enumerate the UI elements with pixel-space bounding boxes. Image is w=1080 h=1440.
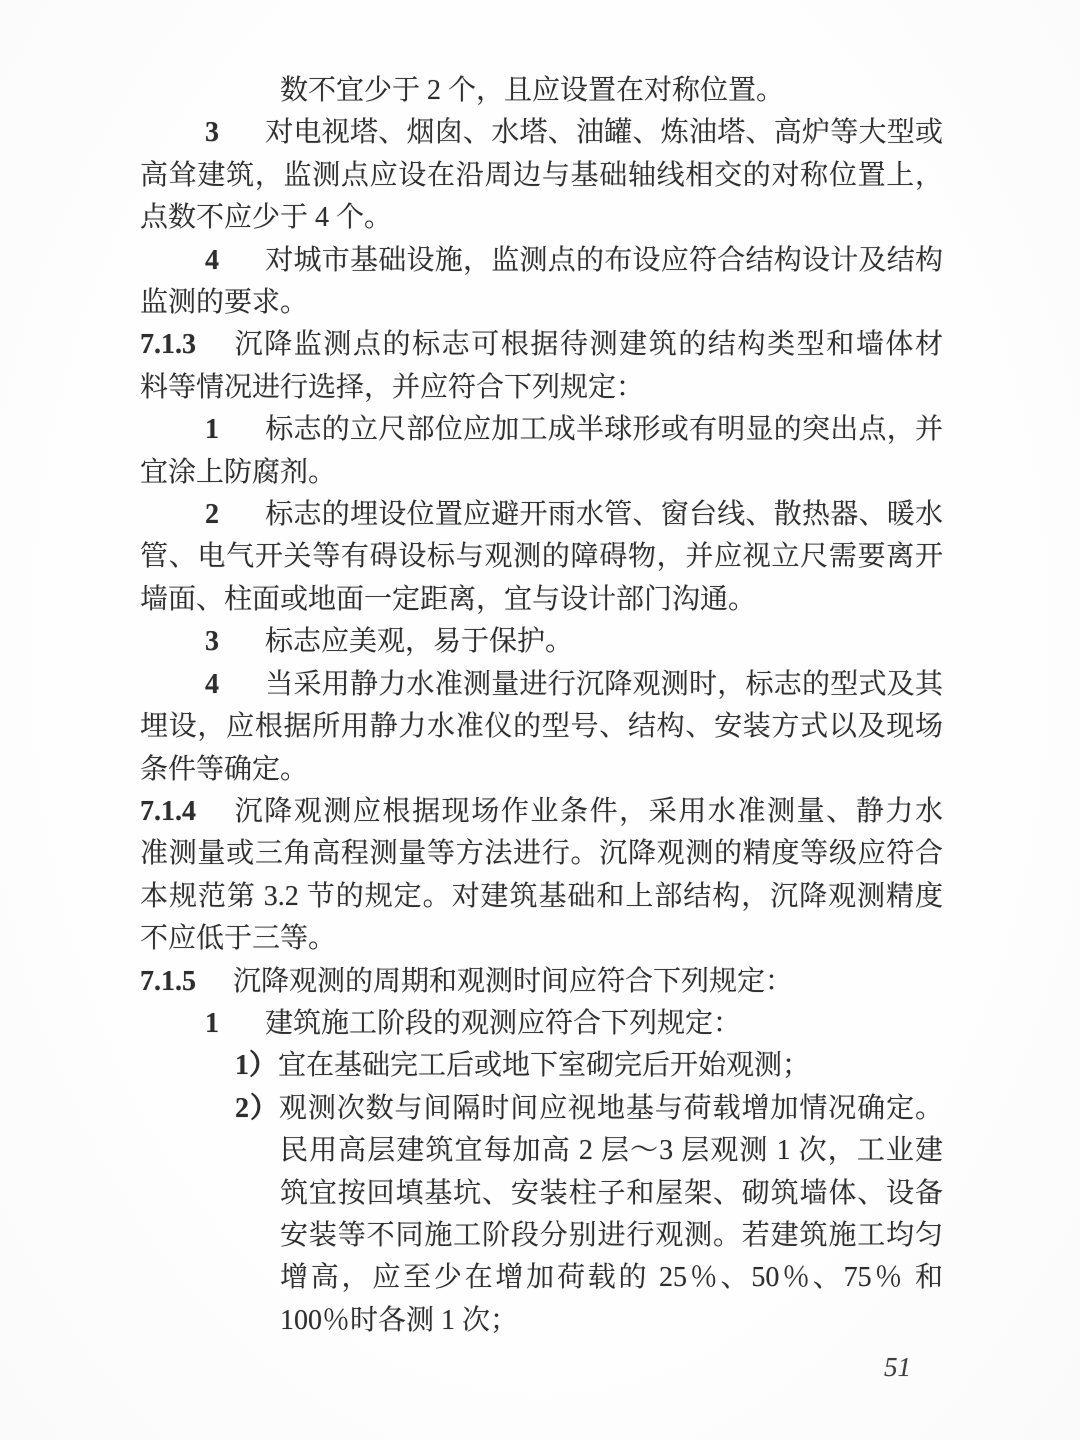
document-page: 数不宜少于 2 个，且应设置在对称位置。3对电视塔、烟囱、水塔、油罐、炼油塔、高… [0, 0, 1080, 1440]
text-line: 料等情况进行选择，并应符合下列规定： [140, 367, 943, 409]
text-line: 3对电视塔、烟囱、水塔、油罐、炼油塔、高炉等大型或 [140, 112, 943, 154]
line-text: 对城市基础设施，监测点的布设应符合结构设计及结构 [265, 245, 943, 276]
line-number-label: 7.1.3 [140, 324, 233, 366]
text-line: 准测量或三角高程测量等方法进行。沉降观测的精度等级应符合 [140, 833, 943, 875]
text-line: 1建筑施工阶段的观测应符合下列规定： [140, 1003, 943, 1045]
line-number-label: 1 [205, 409, 265, 451]
line-text: 数不宜少于 2 个，且应设置在对称位置。 [280, 75, 784, 106]
line-text: 100％时各测 1 次； [280, 1305, 518, 1336]
text-line: 墙面、柱面或地面一定距离，宜与设计部门沟通。 [140, 579, 943, 621]
line-text: 对电视塔、烟囱、水塔、油罐、炼油塔、高炉等大型或 [265, 117, 943, 148]
line-text: 埋设，应根据所用静力水准仪的型号、结构、安装方式以及现场 [140, 711, 943, 742]
text-line: 100％时各测 1 次； [140, 1300, 943, 1342]
line-text: 宜涂上防腐剂。 [140, 457, 336, 488]
line-number-label: 7.1.4 [140, 791, 233, 833]
text-line: 4当采用静力水准测量进行沉降观测时，标志的型式及其 [140, 664, 943, 706]
line-text: 标志应美观，易于保护。 [265, 626, 573, 657]
text-line: 安装等不同施工阶段分别进行观测。若建筑施工均匀 [140, 1215, 943, 1257]
line-text: 准测量或三角高程测量等方法进行。沉降观测的精度等级应符合 [140, 838, 943, 869]
line-text: 观测次数与间隔时间应视地基与荷载增加情况确定。 [278, 1093, 943, 1124]
line-text: 料等情况进行选择，并应符合下列规定： [140, 372, 644, 403]
text-line: 1）宜在基础完工后或地下室砌完后开始观测； [140, 1045, 943, 1087]
text-line: 2标志的埋设位置应避开雨水管、窗台线、散热器、暖水 [140, 494, 943, 536]
line-text: 墙面、柱面或地面一定距离，宜与设计部门沟通。 [140, 584, 756, 615]
text-line: 增高，应至少在增加荷载的 25％、50％、75％ 和 [140, 1257, 943, 1299]
document-text: 数不宜少于 2 个，且应设置在对称位置。3对电视塔、烟囱、水塔、油罐、炼油塔、高… [140, 70, 943, 1342]
text-line: 高耸建筑，监测点应设在沿周边与基础轴线相交的对称位置上， [140, 155, 943, 197]
line-text: 点数不应少于 4 个。 [140, 202, 392, 233]
line-text: 宜在基础完工后或地下室砌完后开始观测； [278, 1050, 810, 1081]
line-text: 标志的埋设位置应避开雨水管、窗台线、散热器、暖水 [265, 499, 943, 530]
text-line: 管、电气开关等有碍设标与观测的障碍物，并应视立尺需要离开 [140, 536, 943, 578]
text-line: 条件等确定。 [140, 749, 943, 791]
text-line: 本规范第 3.2 节的规定。对建筑基础和上部结构，沉降观测精度 [140, 876, 943, 918]
line-text: 监测的要求。 [140, 287, 308, 318]
line-text: 标志的立尺部位应加工成半球形或有明显的突出点，并 [265, 414, 943, 445]
line-number-label: 3 [205, 621, 265, 663]
line-text: 本规范第 3.2 节的规定。对建筑基础和上部结构，沉降观测精度 [140, 881, 943, 912]
line-text: 民用高层建筑宜每加高 2 层～3 层观测 1 次，工业建 [280, 1135, 943, 1166]
line-number-label: 7.1.5 [140, 961, 233, 1003]
text-line: 埋设，应根据所用静力水准仪的型号、结构、安装方式以及现场 [140, 706, 943, 748]
text-line: 1标志的立尺部位应加工成半球形或有明显的突出点，并 [140, 409, 943, 451]
text-line: 数不宜少于 2 个，且应设置在对称位置。 [140, 70, 943, 112]
line-text: 条件等确定。 [140, 754, 308, 785]
text-line: 7.1.3沉降监测点的标志可根据待测建筑的结构类型和墙体材 [140, 324, 943, 366]
line-text: 高耸建筑，监测点应设在沿周边与基础轴线相交的对称位置上， [140, 160, 943, 191]
line-number-label: 1） [235, 1045, 278, 1087]
text-line: 监测的要求。 [140, 282, 943, 324]
text-line: 4对城市基础设施，监测点的布设应符合结构设计及结构 [140, 240, 943, 282]
line-number-label: 4 [205, 664, 265, 706]
line-number-label: 2 [205, 494, 265, 536]
text-line: 不应低于三等。 [140, 918, 943, 960]
text-line: 筑宜按回填基坑、安装柱子和屋架、砌筑墙体、设备 [140, 1173, 943, 1215]
line-number-label: 3 [205, 112, 265, 154]
text-line: 宜涂上防腐剂。 [140, 452, 943, 494]
line-number-label: 4 [205, 240, 265, 282]
line-text: 筑宜按回填基坑、安装柱子和屋架、砌筑墙体、设备 [280, 1178, 943, 1209]
text-line: 点数不应少于 4 个。 [140, 197, 943, 239]
line-text: 增高，应至少在增加荷载的 25％、50％、75％ 和 [280, 1262, 943, 1293]
text-line: 民用高层建筑宜每加高 2 层～3 层观测 1 次，工业建 [140, 1130, 943, 1172]
line-text: 不应低于三等。 [140, 923, 336, 954]
text-line: 3标志应美观，易于保护。 [140, 621, 943, 663]
line-text: 建筑施工阶段的观测应符合下列规定： [265, 1008, 741, 1039]
line-number-label: 1 [205, 1003, 265, 1045]
line-text: 管、电气开关等有碍设标与观测的障碍物，并应视立尺需要离开 [140, 541, 943, 572]
page-number: 51 [884, 1352, 911, 1383]
line-text: 当采用静力水准测量进行沉降观测时，标志的型式及其 [265, 669, 943, 700]
line-text: 沉降观测的周期和观测时间应符合下列规定： [233, 966, 793, 997]
text-line: 7.1.4沉降观测应根据现场作业条件，采用水准测量、静力水 [140, 791, 943, 833]
line-text: 沉降监测点的标志可根据待测建筑的结构类型和墙体材 [233, 329, 943, 360]
line-text: 沉降观测应根据现场作业条件，采用水准测量、静力水 [233, 796, 943, 827]
text-line: 2）观测次数与间隔时间应视地基与荷载增加情况确定。 [140, 1088, 943, 1130]
line-text: 安装等不同施工阶段分别进行观测。若建筑施工均匀 [280, 1220, 943, 1251]
text-line: 7.1.5沉降观测的周期和观测时间应符合下列规定： [140, 961, 943, 1003]
line-number-label: 2） [235, 1088, 278, 1130]
